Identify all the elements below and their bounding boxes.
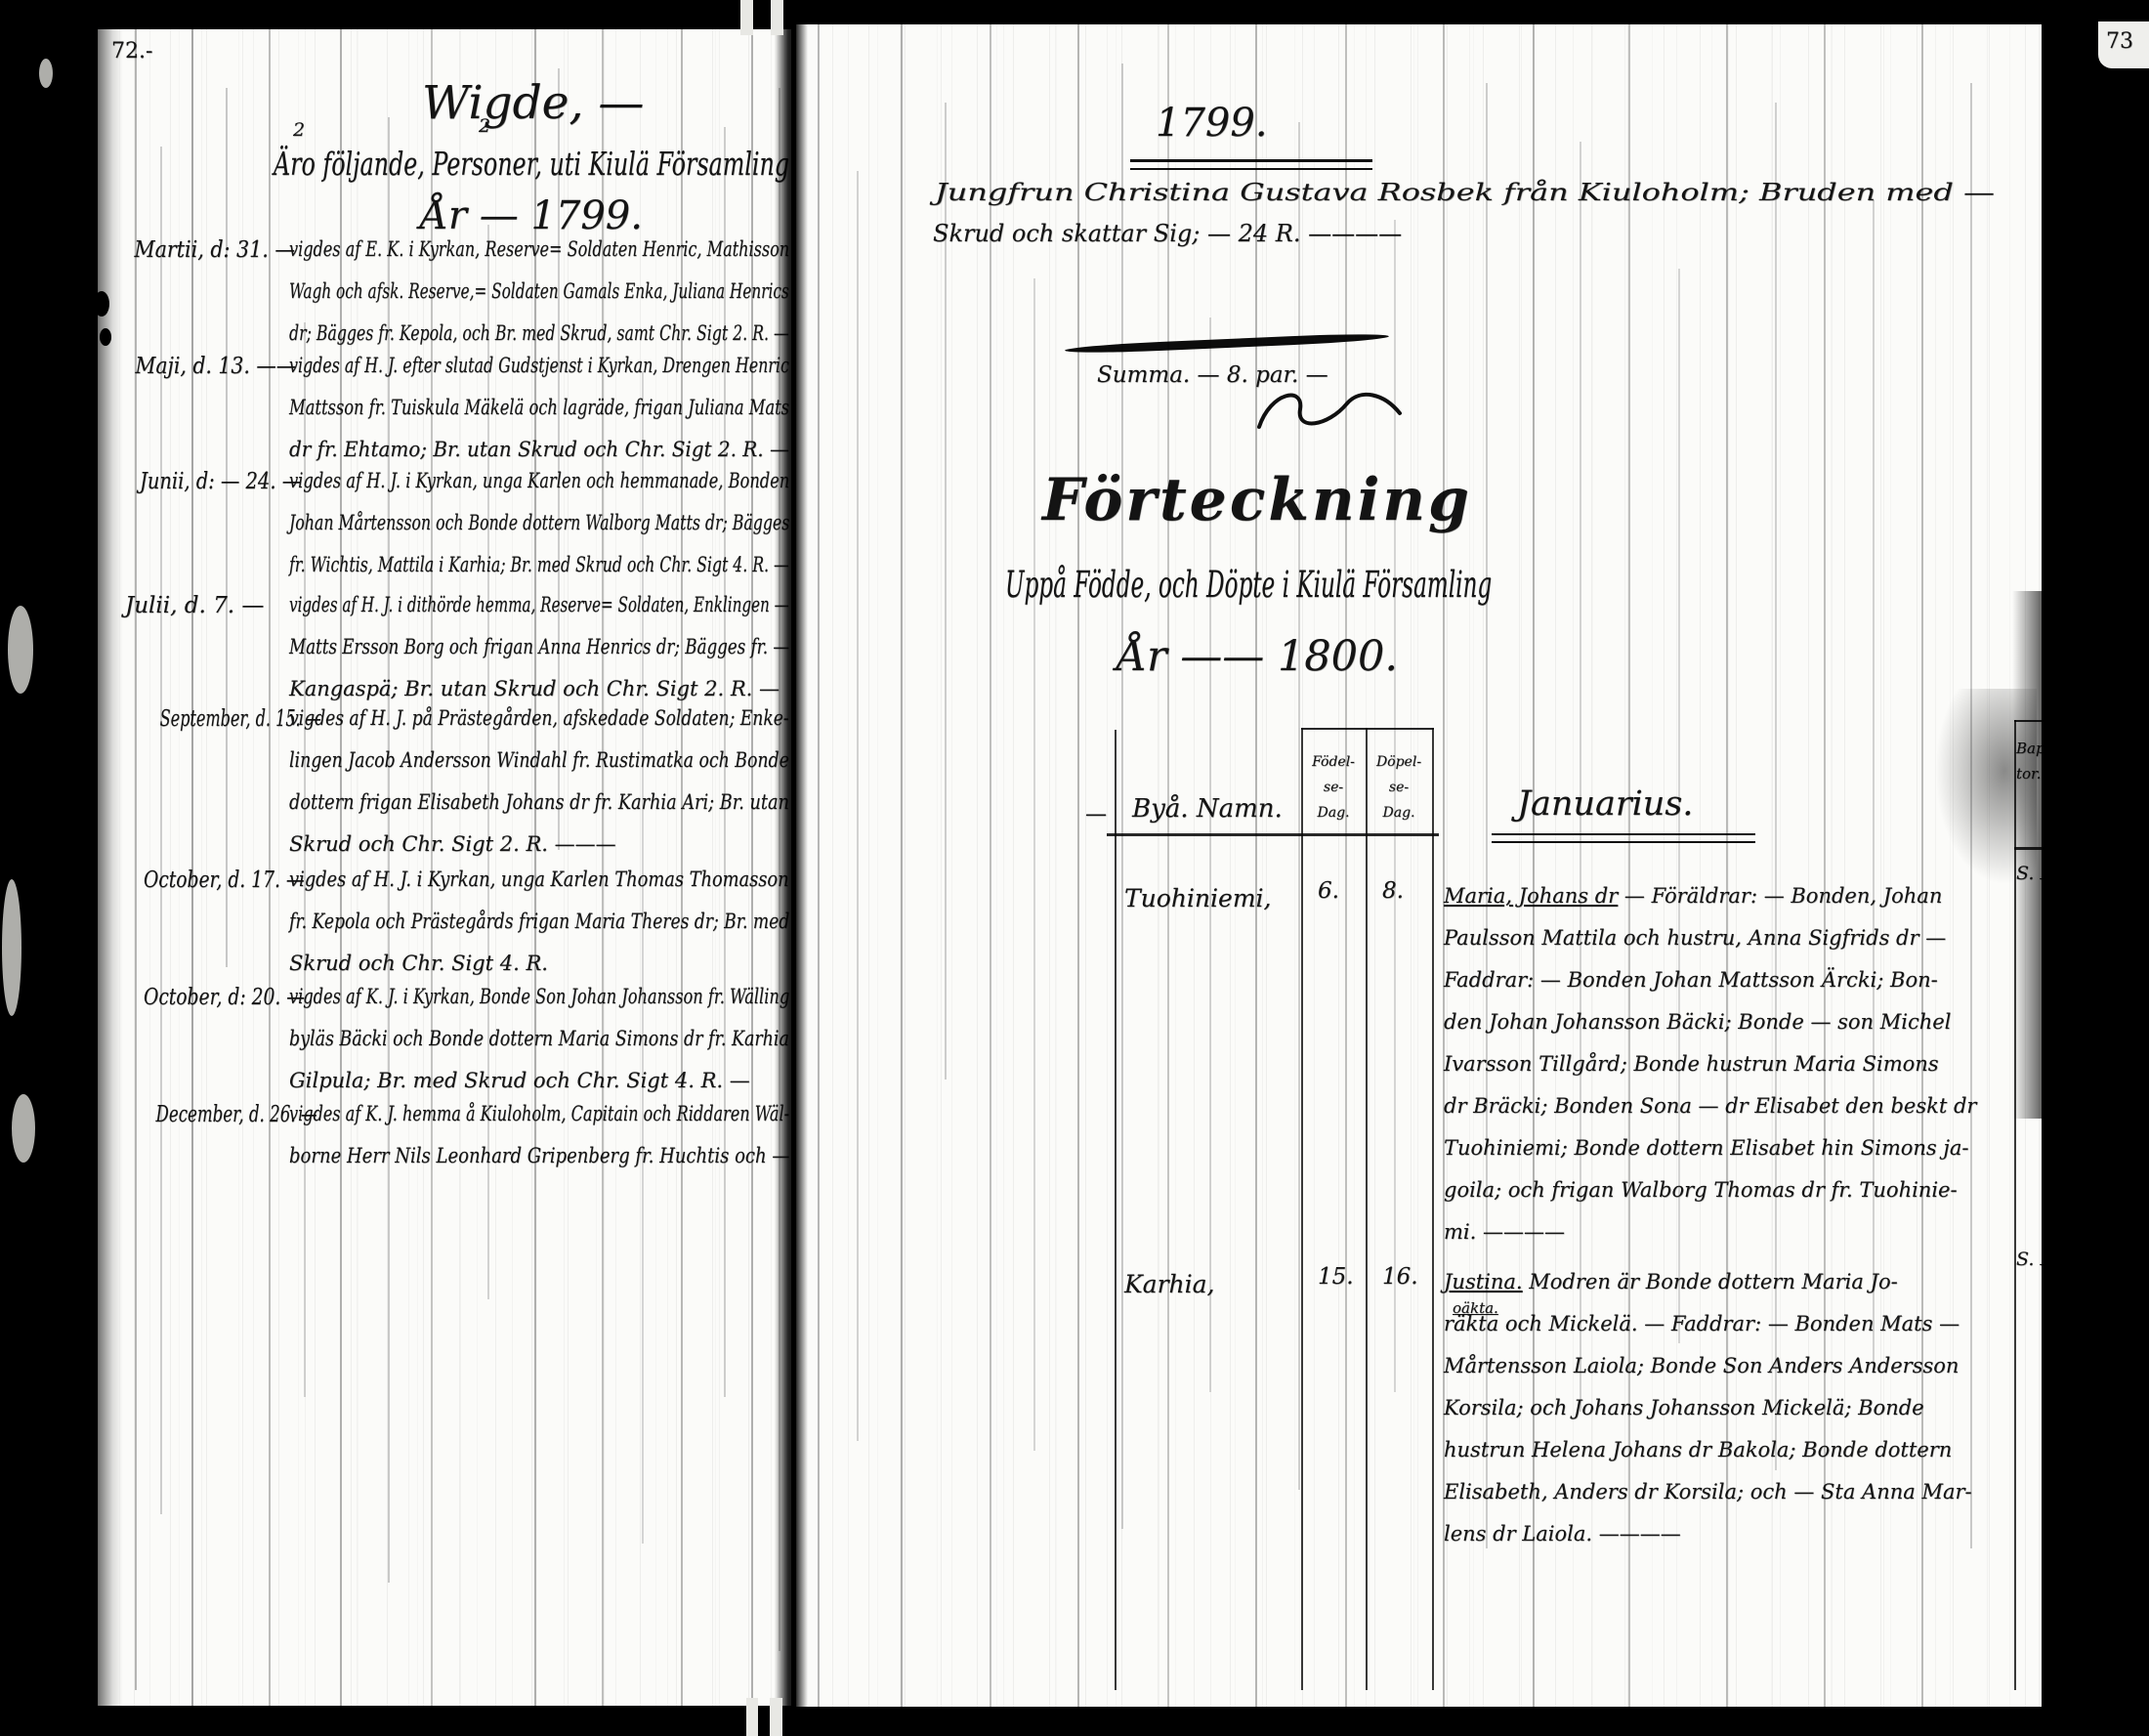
film-edge-speck (8, 606, 33, 694)
entry-text-line: dr Bräcki; Bonden Sona — dr Elisabet den… (1444, 1094, 1976, 1118)
table-rule (1366, 728, 1368, 1690)
entry-text-line: Skrud och Chr. Sigt 4. R. (289, 952, 548, 975)
left-subtitle: Äro följande, Personer, uti Kiulä Försam… (274, 145, 789, 183)
entry-text-line: dr; Bägges fr. Kepola, och Br. med Skrud… (289, 321, 789, 345)
table-rule (1301, 728, 1303, 1690)
entry-text-line: vigdes af H. J. på Prästegården, afskeda… (289, 706, 789, 730)
table-header-rule (1301, 728, 1434, 730)
table-rule (1432, 728, 1434, 1690)
film-edge-speck (12, 1094, 35, 1163)
entry-born-day: 15. (1318, 1264, 1354, 1290)
ink-blot (98, 291, 109, 317)
heavy-ink-stroke (1065, 332, 1389, 355)
table-header-rule (1107, 833, 1439, 836)
left-page-marriages-1799: 72.- Wigde, — 2 2 Äro följande, Personer… (98, 29, 791, 1706)
entry-text-line: vigdes af K. J. hemma å Kiuloholm, Capit… (289, 1102, 789, 1125)
entry-text-line: Johan Mårtensson och Bonde dottern Walbo… (289, 511, 789, 534)
entry-text-line: Paulsson Mattila och hustru, Anna Sigfri… (1444, 926, 1946, 950)
flourish-mark: 2 (479, 115, 490, 137)
page-number-right-partial: 73 (2106, 29, 2133, 54)
entry-text-line: goila; och frigan Walborg Thomas dr fr. … (1444, 1178, 1958, 1202)
entry-baptized-day: 8. (1382, 878, 1404, 904)
entry-text-line: vigdes af H. J. efter slutad Gudstjenst … (289, 354, 789, 377)
left-year-line: År — 1799. (420, 193, 643, 238)
margin-box-rule (2014, 847, 2042, 850)
book-gutter-shadow (775, 0, 808, 1736)
year-heading: 1799. (1156, 101, 1268, 146)
entry-date: Julii, d. 7. — (125, 593, 264, 618)
entry-text-line: Maria, Johans dr — Föräldrar: — Bonden, … (1444, 884, 1942, 908)
entry-date: October, d: 20. — (144, 985, 305, 1010)
table-rule (1115, 730, 1117, 1690)
carryover-line-1: Jungfrun Christina Gustava Rosbek från K… (935, 179, 1995, 206)
entry-date: Martii, d: 31. — (134, 237, 295, 263)
baptizator-initials: S. R (2016, 1249, 2042, 1270)
film-splice-mark (740, 0, 753, 35)
column-header-born: Födel- se- Dag. (1303, 749, 1364, 826)
entry-text-line: Mårtensson Laiola; Bonde Son Anders Ande… (1444, 1354, 1959, 1377)
entry-text-line: mi. ———— (1444, 1220, 1565, 1244)
entry-date: October, d. 17. — (144, 868, 305, 893)
entry-text-line: Ivarsson Tillgård; Bonde hustrun Maria S… (1444, 1052, 1939, 1076)
flourish-mark: 2 (293, 119, 305, 141)
film-edge-speck (2, 879, 21, 1016)
register-year: År —— 1800. (1117, 632, 1398, 681)
entry-text-line: vigdes af K. J. i Kyrkan, Bonde Son Joha… (289, 985, 789, 1008)
film-edge-speck (39, 59, 53, 88)
entry-text-line: Tuohiniemi; Bonde dottern Elisabet hin S… (1444, 1136, 1969, 1160)
entry-text-line: Korsila; och Johans Johansson Mickelä; B… (1444, 1396, 1924, 1419)
entry-text-line: Skrud och Chr. Sigt 2. R. ——— (289, 832, 616, 856)
microfilm-scan-frame: 72.- Wigde, — 2 2 Äro följande, Personer… (0, 0, 2149, 1736)
entry-born-day: 6. (1318, 878, 1339, 904)
entry-text-line: Wagh och afsk. Reserve,= Soldaten Gamals… (289, 279, 789, 303)
baptizator-initials: S. R (2016, 863, 2042, 884)
entry-date: Junii, d: — 24. — (140, 469, 301, 494)
column-header-baptized: Döpel- se- Dag. (1368, 749, 1430, 826)
entry-text-line: dr fr. Ehtamo; Br. utan Skrud och Chr. S… (289, 438, 789, 461)
margin-dash: — (1085, 802, 1107, 826)
film-splice-mark (771, 0, 783, 35)
margin-rule (2014, 720, 2016, 1690)
edge-smudge (1929, 689, 2037, 894)
entry-text-line: borne Herr Nils Leonhard Gripenberg fr. … (289, 1144, 789, 1167)
entry-text-line: den Johan Johansson Bäcki; Bonde — son M… (1444, 1010, 1951, 1034)
signature-flourish (1253, 384, 1410, 445)
entry-village: Karhia, (1124, 1270, 1214, 1298)
entry-text-line: räkta och Mickelä. — Faddrar: — Bonden M… (1444, 1312, 1959, 1335)
entry-text: — Föräldrar: — Bonden, Johan (1618, 884, 1942, 908)
column-header-village: Byå. Namn. (1132, 794, 1283, 824)
left-title: Wigde, — (422, 76, 644, 130)
film-splice-mark (746, 1698, 758, 1736)
column-header-baptizator: Baptiza- tor. (2016, 736, 2042, 786)
entry-text-line: fr. Kepola och Prästegårds frigan Maria … (289, 910, 789, 933)
entry-text-line: vigdes af H. J. i Kyrkan, unga Karlen oc… (289, 469, 789, 492)
right-page-corner: 73 (2098, 21, 2149, 68)
month-underline (1492, 833, 1755, 843)
month-heading: Januarius. (1517, 784, 1693, 824)
entry-baptized-day: 16. (1382, 1264, 1418, 1290)
ink-blot (100, 328, 111, 346)
entry-text-line: Elisabeth, Anders dr Korsila; och — Sta … (1444, 1480, 1972, 1503)
entry-text-line: Justina. Modren är Bonde dottern Maria J… (1444, 1270, 1898, 1293)
entry-village: Tuohiniemi, (1124, 884, 1271, 912)
child-name: Justina. (1444, 1270, 1523, 1293)
entry-text-line: Faddrar: — Bonden Johan Mattsson Ärcki; … (1444, 968, 1938, 992)
entry-text-line: vigdes af H. J. i dithörde hemma, Reserv… (289, 593, 789, 616)
child-name: Maria, Johans dr (1444, 884, 1618, 908)
entry-text-line: vigdes af H. J. i Kyrkan, unga Karlen Th… (289, 868, 789, 891)
entry-text-line: vigdes af E. K. i Kyrkan, Reserve= Solda… (289, 237, 789, 261)
entry-text-line: hustrun Helena Johans dr Bakola; Bonde d… (1444, 1438, 1952, 1461)
entry-text-line: fr. Wichtis, Mattila i Karhia; Br. med S… (289, 553, 789, 576)
right-page-births-1800: 1799. Jungfrun Christina Gustava Rosbek … (796, 24, 2042, 1707)
entry-text-line: byläs Bäcki och Bonde dottern Maria Simo… (289, 1027, 789, 1050)
page-number-left: 72.- (111, 39, 152, 64)
film-splice-mark (770, 1698, 782, 1736)
entry-text-line: lens dr Laiola. ———— (1444, 1522, 1681, 1545)
entry-text-line: Mattsson fr. Tuiskula Mäkelä och lagräde… (289, 396, 789, 419)
margin-box-rule (2014, 720, 2042, 722)
entry-text-line: dottern frigan Elisabeth Johans dr fr. K… (289, 790, 789, 814)
entry-text-line: Matts Ersson Borg och frigan Anna Henric… (289, 635, 789, 658)
entry-text-line: lingen Jacob Andersson Windahl fr. Rusti… (289, 748, 789, 772)
